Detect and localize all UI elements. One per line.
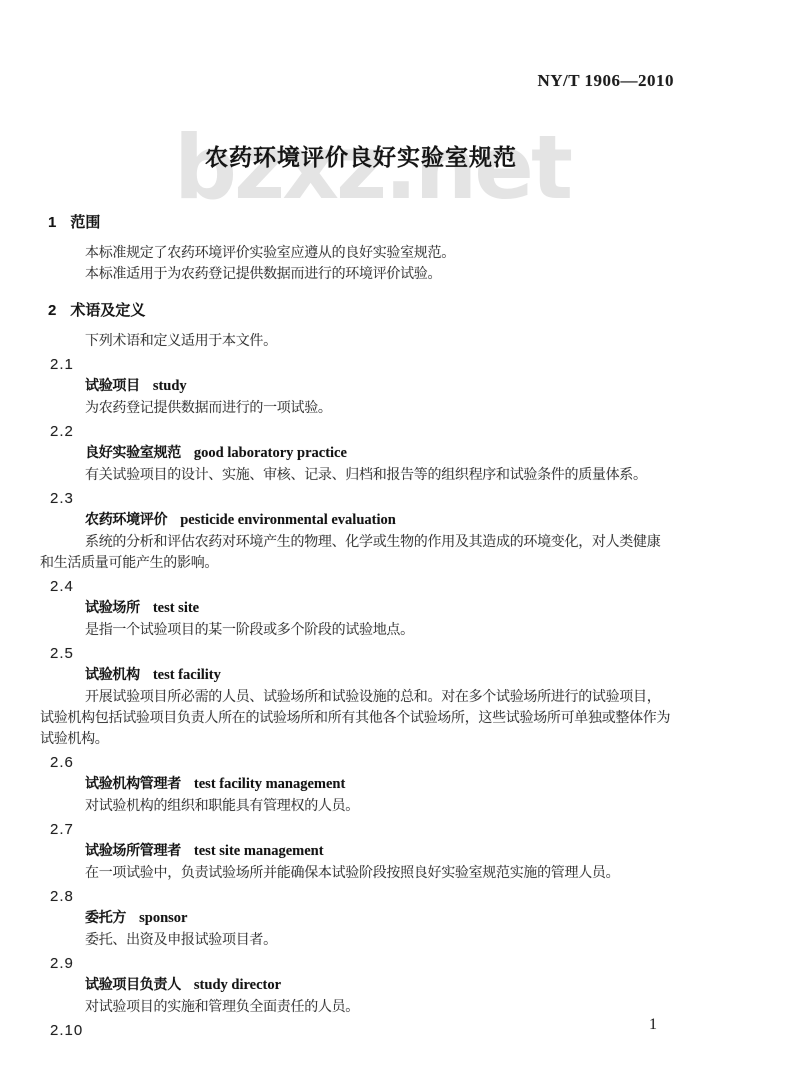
term-number: 2.9	[50, 953, 674, 974]
term-block: 2.8 委托方sponsor 委托、出资及申报试验项目者。	[40, 886, 674, 950]
term-block: 2.2 良好实验室规范good laboratory practice 有关试验…	[40, 421, 674, 485]
term-block: 2.7 试验场所管理者test site management 在一项试验中，负…	[40, 819, 674, 883]
term-name-zh: 试验项目	[85, 377, 140, 393]
term-number: 2.1	[50, 354, 674, 375]
term-name-en: sponsor	[139, 910, 187, 926]
term-name-zh: 农药环境评价	[85, 511, 167, 527]
term-definition: 对试验机构的组织和职能具有管理权的人员。	[40, 795, 674, 816]
term-number: 2.4	[50, 576, 674, 597]
section-number: 1	[48, 214, 56, 231]
section-heading-terms: 2术语及定义	[48, 300, 674, 321]
term-name-zh: 试验场所管理者	[85, 842, 181, 858]
term-heading: 试验机构管理者test facility management	[85, 773, 674, 795]
term-name-en: study	[153, 378, 187, 394]
term-number: 2.5	[50, 643, 674, 664]
term-block: 2.10	[40, 1020, 674, 1063]
term-heading: 农药环境评价pesticide environmental evaluation	[85, 509, 674, 531]
paragraph: 下列术语和定义适用于本文件。	[40, 330, 674, 351]
term-name-zh: 试验场所	[85, 599, 140, 615]
term-number: 2.10	[50, 1020, 674, 1041]
paragraph: 本标准适用于为农药登记提供数据而进行的环境评价试验。	[40, 263, 674, 284]
term-definition: 为农药登记提供数据而进行的一项试验。	[40, 397, 674, 418]
term-name-en: study director	[194, 977, 281, 993]
term-definition: 有关试验项目的设计、实施、审核、记录、归档和报告等的组织程序和试验条件的质量体系…	[40, 464, 674, 485]
term-definition: 系统的分析和评估农药对环境产生的物理、化学或生物的作用及其造成的环境变化，对人类…	[40, 531, 674, 573]
section-title: 术语及定义	[70, 302, 145, 319]
term-heading: 试验项目study	[85, 375, 674, 397]
term-definition: 委托、出资及申报试验项目者。	[40, 929, 674, 950]
term-block: 2.5 试验机构test facility 开展试验项目所必需的人员、试验场所和…	[40, 643, 674, 749]
term-name-en: test facility	[153, 667, 221, 683]
doc-code: NY/T 1906—2010	[537, 71, 674, 91]
term-number: 2.3	[50, 488, 674, 509]
section-number: 2	[48, 302, 56, 319]
term-block: 2.3 农药环境评价pesticide environmental evalua…	[40, 488, 674, 573]
term-number: 2.2	[50, 421, 674, 442]
term-definition: 在一项试验中，负责试验场所并能确保本试验阶段按照良好实验室规范实施的管理人员。	[40, 862, 674, 883]
term-definition: 是指一个试验项目的某一阶段或多个阶段的试验地点。	[40, 619, 674, 640]
term-heading: 试验场所test site	[85, 597, 674, 619]
term-name-zh: 试验机构管理者	[85, 775, 181, 791]
term-name-zh: 委托方	[85, 909, 126, 925]
term-block: 2.4 试验场所test site 是指一个试验项目的某一阶段或多个阶段的试验地…	[40, 576, 674, 640]
term-block: 2.6 试验机构管理者test facility management 对试验机…	[40, 752, 674, 816]
content-area: 1范围 本标准规定了农药环境评价实验室应遵从的良好实验室规范。 本标准适用于为农…	[40, 212, 674, 1063]
term-heading: 试验项目负责人study director	[85, 974, 674, 996]
term-name-zh: 良好实验室规范	[85, 444, 181, 460]
paragraph: 本标准规定了农药环境评价实验室应遵从的良好实验室规范。	[40, 242, 674, 263]
term-name-en: pesticide environmental evaluation	[180, 512, 396, 528]
term-name-zh: 试验机构	[85, 666, 140, 682]
doc-title: 农药环境评价良好实验室规范	[0, 139, 722, 172]
section-heading-scope: 1范围	[48, 212, 674, 233]
term-number: 2.8	[50, 886, 674, 907]
term-name-en: test site	[153, 600, 199, 616]
term-heading: 良好实验室规范good laboratory practice	[85, 442, 674, 464]
term-definition: 对试验项目的实施和管理负全面责任的人员。	[40, 996, 674, 1017]
term-name-zh: 试验项目负责人	[85, 976, 181, 992]
term-block: 2.9 试验项目负责人study director 对试验项目的实施和管理负全面…	[40, 953, 674, 1017]
term-number: 2.6	[50, 752, 674, 773]
term-name-en: test site management	[194, 843, 324, 859]
term-block: 2.1 试验项目study 为农药登记提供数据而进行的一项试验。	[40, 354, 674, 418]
term-heading	[85, 1041, 674, 1063]
term-heading: 委托方sponsor	[85, 907, 674, 929]
section-title: 范围	[70, 214, 100, 231]
term-heading: 试验场所管理者test site management	[85, 840, 674, 862]
term-name-en: test facility management	[194, 776, 345, 792]
term-name-en: good laboratory practice	[194, 445, 347, 461]
term-number: 2.7	[50, 819, 674, 840]
term-definition: 开展试验项目所必需的人员、试验场所和试验设施的总和。对在多个试验场所进行的试验项…	[40, 686, 674, 749]
document-page: NY/T 1906—2010 bzxz.net 农药环境评价良好实验室规范 1范…	[0, 0, 800, 1089]
term-heading: 试验机构test facility	[85, 664, 674, 686]
